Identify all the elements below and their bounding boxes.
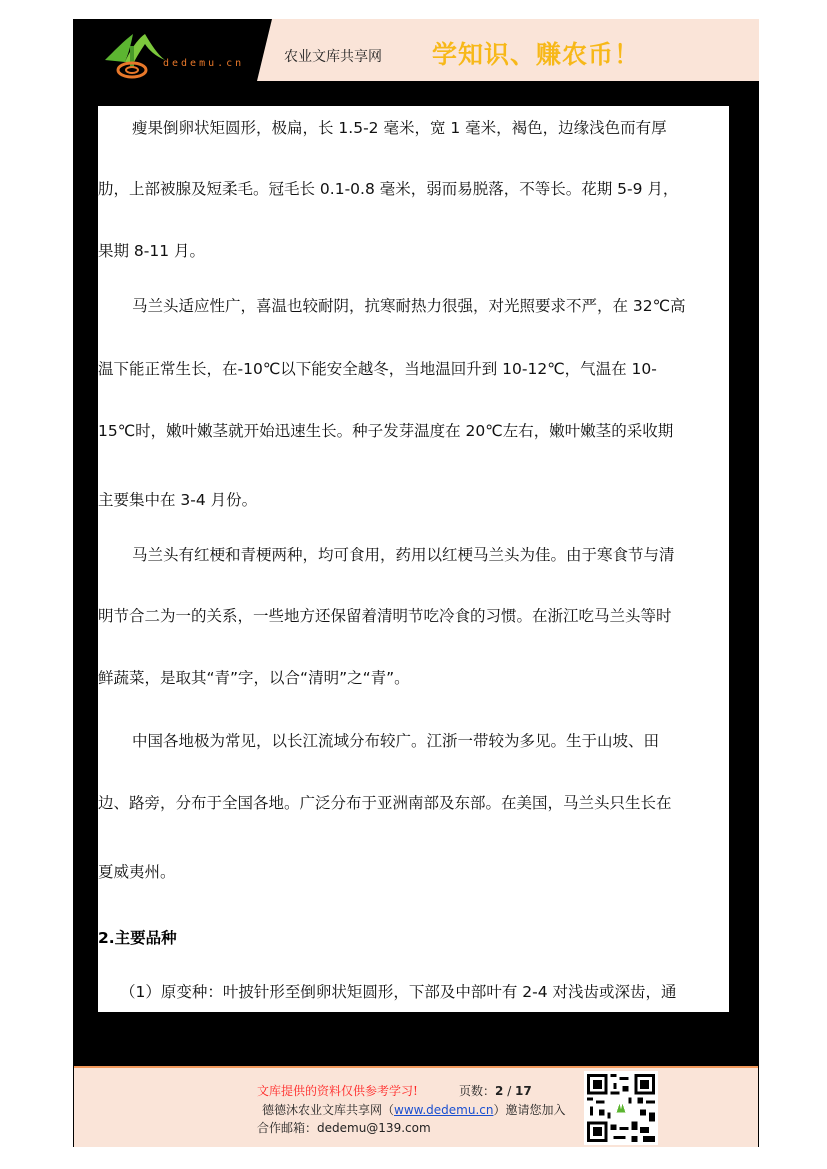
footer-email: 合作邮箱：dedemu@139.com (257, 1119, 431, 1136)
slogan: 学知识、赚农币！ (432, 35, 640, 71)
qr-code-icon (584, 1071, 658, 1145)
text-line: 肋，上部被腺及短柔毛。冠毛长 0.1-0.8 毫米，弱而易脱落，不等长。花期 5… (98, 179, 678, 199)
footer-invite: 德德沐农业文库共享网（www.dedemu.cn）邀请您加入 (262, 1101, 566, 1118)
text-line: 马兰头适应性广，喜温也较耐阴，抗寒耐热力很强，对光照要求不严，在 32℃高 (132, 296, 686, 316)
text-line: 主要集中在 3-4 月份。 (98, 490, 257, 510)
page-label: 页数： (459, 1084, 495, 1098)
text-line: 边、路旁，分布于全国各地。广泛分布于亚洲南部及东部。在美国，马兰头只生长在 (98, 793, 672, 813)
site-name: 农业文库共享网 (284, 46, 382, 66)
text-line: 温下能正常生长，在-10℃以下能安全越冬，当地温回升到 10-12℃，气温在 1… (98, 359, 657, 379)
page-sep: / (503, 1084, 515, 1098)
text-line: （1）原变种：叶披针形至倒卵状矩圆形，下部及中部叶有 2-4 对浅齿或深齿，通 (120, 982, 677, 1002)
logo-text: dedemu.cn (163, 58, 244, 69)
text-line: 瘦果倒卵状矩圆形，极扁，长 1.5-2 毫米，宽 1 毫米，褐色，边缘浅色而有厚 (132, 118, 667, 138)
text-line: 果期 8-11 月。 (98, 241, 205, 261)
text-line: 夏威夷州。 (98, 862, 176, 882)
dedemu-logo-icon (103, 30, 263, 80)
document-content: 瘦果倒卵状矩圆形，极扁，长 1.5-2 毫米，宽 1 毫米，褐色，边缘浅色而有厚… (98, 106, 729, 1012)
site-link[interactable]: www.dedemu.cn (394, 1103, 493, 1117)
page-indicator: 页数：2 / 17 (459, 1082, 532, 1099)
text-line: 15℃时，嫩叶嫩茎就开始迅速生长。种子发芽温度在 20℃左右，嫩叶嫩茎的采收期 (98, 421, 673, 441)
page-total: 17 (515, 1084, 532, 1098)
footer-notice: 文库提供的资料仅供参考学习! (257, 1082, 418, 1099)
section-heading: 2.主要品种 (98, 926, 177, 948)
text-line: 马兰头有红梗和青梗两种，均可食用，药用以红梗马兰头为佳。由于寒食节与清 (132, 545, 675, 565)
text-line: 中国各地极为常见，以长江流域分布较广。江浙一带较为多见。生于山坡、田 (132, 731, 659, 751)
footer: 文库提供的资料仅供参考学习! 页数：2 / 17 德德沐农业文库共享网（www.… (74, 1066, 758, 1147)
text-line: 鲜蔬菜，是取其“青”字，以合“清明”之“青”。 (98, 668, 410, 688)
invite-prefix: 德德沐农业文库共享网（ (262, 1103, 394, 1117)
invite-suffix: ）邀请您加入 (493, 1103, 565, 1117)
text-line: 明节合二为一的关系，一些地方还保留着清明节吃冷食的习惯。在浙江吃马兰头等时 (98, 606, 672, 626)
